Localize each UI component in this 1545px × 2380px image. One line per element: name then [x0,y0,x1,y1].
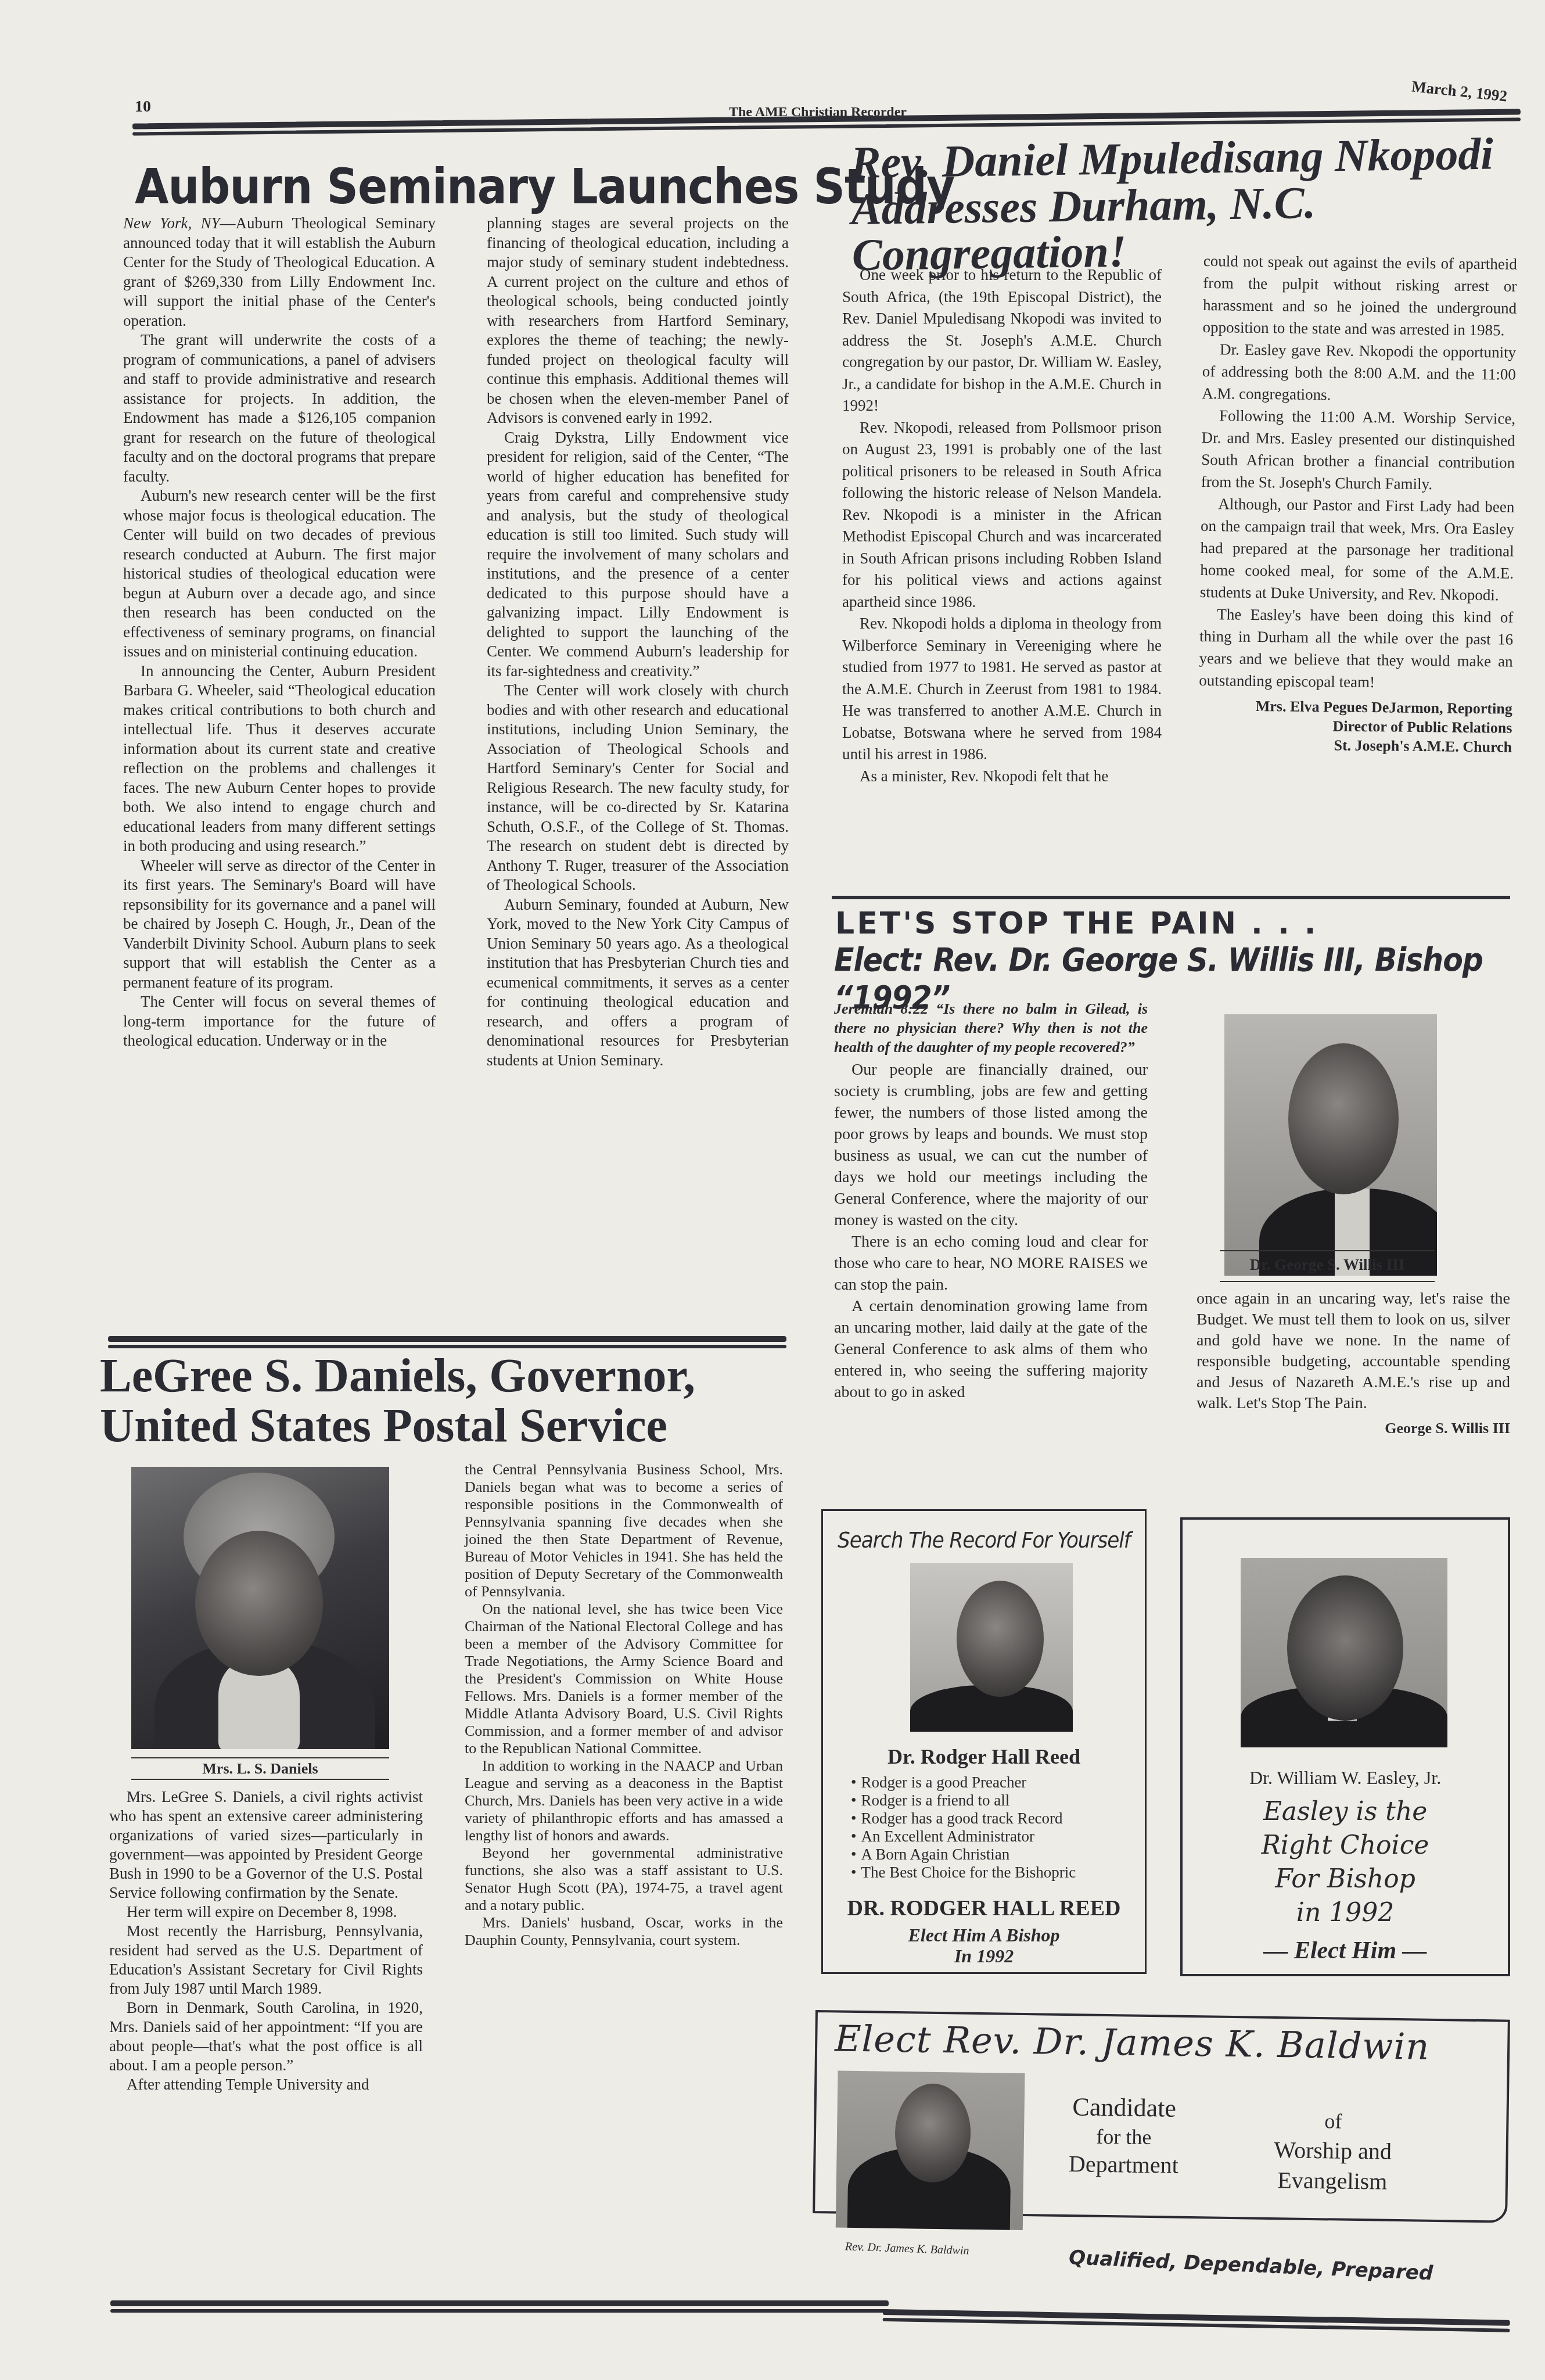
willis-photo [1224,1014,1437,1276]
nkopodi-column-2: could not speak out against the evils of… [1198,250,1517,757]
willis-photo-caption: Dr. George S. Willis III [1220,1256,1435,1274]
auburn-dateline: New York, NY [123,214,220,232]
easley-ad-slogan: Easley is the Right Choice For Bishop in… [1183,1795,1508,1930]
reed-ad-bullet: Rodger is a good Preacher [851,1774,1076,1792]
reed-ad-slogan-2: In 1992 [823,1945,1145,1967]
daniels-headline-line-1: LeGree S. Daniels, Governor, [100,1351,695,1401]
willis-photo-face [1288,1043,1399,1194]
reed-ad-slogan-1: Elect Him A Bishop [823,1925,1145,1946]
nkopodi-column-1: One week prior to his return to the Repu… [842,264,1162,787]
reed-ad-name-caps: DR. RODGER HALL REED [823,1896,1145,1921]
daniels-paragraph: the Central Pennsylvania Business School… [465,1461,783,1600]
footer-rule-right [883,2309,1510,2333]
byline-title: Director of Public Relations [1198,715,1512,738]
reed-ad-bullet: A Born Again Christian [851,1846,1076,1864]
daniels-photo-caption: Mrs. L. S. Daniels [131,1760,389,1778]
willis-column-2: once again in an uncaring way, let's rai… [1197,1288,1510,1438]
willis-paragraph: once again in an uncaring way, let's rai… [1197,1288,1510,1414]
caption-rule [1220,1250,1435,1251]
nkopodi-byline: Mrs. Elva Pegues DeJarmon, Reporting Dir… [1198,696,1512,757]
willis-paragraph: A certain denomination growing lame from… [834,1295,1148,1403]
daniels-paragraph: On the national level, she has twice bee… [465,1600,783,1757]
auburn-paragraph: Auburn Seminary, founded at Auburn, New … [487,895,789,1071]
daniels-paragraph: Mrs. Daniels' husband, Oscar, works in t… [465,1914,783,1949]
willis-kicker: LET'S STOP THE PAIN . . . [835,906,1318,941]
daniels-paragraph: In addition to working in the NAACP and … [465,1757,783,1844]
reed-ad-bullets: Rodger is a good Preacher Rodger is a fr… [851,1774,1076,1882]
footer-rule [110,2300,889,2313]
auburn-paragraph: The Center will focus on several themes … [123,992,436,1051]
reed-ad-bullet: Rodger has a good track Record [851,1810,1076,1828]
reed-photo-face [957,1581,1044,1697]
auburn-paragraph: In announcing the Center, Auburn Preside… [123,662,436,856]
willis-signature: George S. Willis III [1197,1419,1510,1438]
nkopodi-paragraph: The Easley's have been doing this kind o… [1199,603,1514,695]
baldwin-of: of [1240,2105,1427,2137]
easley-slogan-line: Right Choice [1183,1829,1508,1862]
auburn-paragraph: Wheeler will serve as director of the Ce… [123,856,436,993]
nkopodi-paragraph: Following the 11:00 A.M. Worship Service… [1201,404,1516,496]
caption-rule [131,1779,389,1780]
baldwin-photo [836,2071,1025,2230]
reed-ad-name: Dr. Rodger Hall Reed [823,1744,1145,1769]
daniels-headline-line-2: United States Postal Service [100,1401,695,1451]
auburn-paragraph: The Center will work closely with church… [487,681,789,895]
section-rule [832,896,1510,899]
auburn-paragraph: The grant will underwrite the costs of a… [123,331,436,486]
easley-campaign-ad: Dr. William W. Easley, Jr. Easley is the… [1180,1517,1510,1976]
baldwin-evangelism: Evangelism [1239,2164,1426,2197]
auburn-paragraph: Auburn's new research center will be the… [123,486,436,662]
easley-slogan-line: For Bishop [1183,1862,1508,1896]
reed-ad-bullet: An Excellent Administrator [851,1828,1076,1846]
daniels-photo [131,1467,389,1749]
daniels-column-2: the Central Pennsylvania Business School… [465,1461,783,1949]
easley-slogan-line: in 1992 [1183,1896,1508,1930]
baldwin-ad-title: Elect Rev. Dr. James K. Baldwin [835,2017,1430,2067]
auburn-column-1: New York, NY—Auburn Theological Seminary… [123,214,436,1051]
reed-campaign-ad: Search The Record For Yourself Dr. Rodge… [821,1509,1147,1974]
auburn-headline: Auburn Seminary Launches Study [135,158,954,215]
baldwin-worship: Worship and [1239,2134,1426,2167]
daniels-photo-face [195,1531,323,1676]
auburn-paragraph: planning stages are several projects on … [487,214,789,428]
easley-ad-call: — Elect Him — [1183,1937,1508,1965]
section-rule [108,1336,786,1349]
reed-ad-bullet: Rodger is a friend to all [851,1792,1076,1810]
baldwin-ad-left-text: Candidate for the Department [1036,2091,1212,2180]
willis-scripture: Jeremiah 8:22 “Is there no balm in Gilea… [834,999,1148,1057]
auburn-paragraph: New York, NY—Auburn Theological Seminary… [123,214,436,331]
willis-paragraph: Our people are financially drained, our … [834,1059,1148,1231]
nkopodi-paragraph: Although, our Pastor and First Lady had … [1200,493,1515,606]
reed-photo [910,1563,1073,1732]
nkopodi-paragraph: Rev. Nkopodi, released from Pollsmoor pr… [842,417,1162,613]
baldwin-department: Department [1036,2149,1211,2180]
daniels-paragraph: Beyond her governmental administrative f… [465,1844,783,1914]
daniels-paragraph: Most recently the Harrisburg, Pennsylvan… [109,1922,423,1998]
byline-church: St. Joseph's A.M.E. Church [1198,734,1512,757]
daniels-paragraph: Mrs. LeGree S. Daniels, a civil rights a… [109,1787,423,1902]
nkopodi-paragraph: could not speak out against the evils of… [1202,250,1517,342]
easley-ad-name: Dr. William W. Easley, Jr. [1183,1767,1508,1789]
caption-rule [1220,1281,1435,1282]
easley-photo [1241,1558,1447,1747]
baldwin-for-the: for the [1037,2122,1212,2151]
willis-column-1: Jeremiah 8:22 “Is there no balm in Gilea… [834,999,1148,1403]
nkopodi-headline-line-1: Rev. Daniel Mpuledisang Nkopodi [850,130,1545,185]
nkopodi-paragraph: One week prior to his return to the Repu… [842,264,1162,417]
willis-paragraph: There is an echo coming loud and clear f… [834,1231,1148,1295]
auburn-column-2: planning stages are several projects on … [487,214,789,1070]
caption-rule [131,1757,389,1758]
daniels-column-1: Mrs. LeGree S. Daniels, a civil rights a… [109,1787,423,2094]
baldwin-photo-caption-text: Rev. Dr. James K. Baldwin [845,2240,969,2257]
easley-slogan-line: Easley is the [1183,1795,1508,1829]
nkopodi-paragraph: Rev. Nkopodi holds a diploma in theology… [842,613,1162,766]
auburn-paragraph: Craig Dykstra, Lilly Endowment vice pres… [487,428,789,681]
issue-date: March 2, 1992 [1411,77,1508,105]
daniels-paragraph: After attending Temple University and [109,2075,423,2094]
baldwin-campaign-ad: Elect Rev. Dr. James K. Baldwin Rev. Dr.… [813,2010,1510,2223]
reed-ad-tagline: Search The Record For Yourself [823,1527,1145,1553]
nkopodi-paragraph: Dr. Easley gave Rev. Nkopodi the opportu… [1202,338,1516,408]
daniels-paragraph: Her term will expire on December 8, 1998… [109,1902,423,1922]
page-number: 10 [135,98,151,116]
nkopodi-paragraph: As a minister, Rev. Nkopodi felt that he [842,766,1162,788]
easley-photo-face [1287,1575,1403,1721]
baldwin-ad-tagline: Qualified, Dependable, Prepared [1068,2246,1433,2285]
daniels-headline: LeGree S. Daniels, Governor, United Stat… [100,1351,695,1451]
baldwin-ad-right-text: of Worship and Evangelism [1239,2105,1427,2197]
daniels-paragraph: Born in Denmark, South Carolina, in 1920… [109,1998,423,2075]
reed-ad-bullet: The Best Choice for the Bishopric [851,1864,1076,1882]
baldwin-candidate: Candidate [1037,2091,1212,2124]
